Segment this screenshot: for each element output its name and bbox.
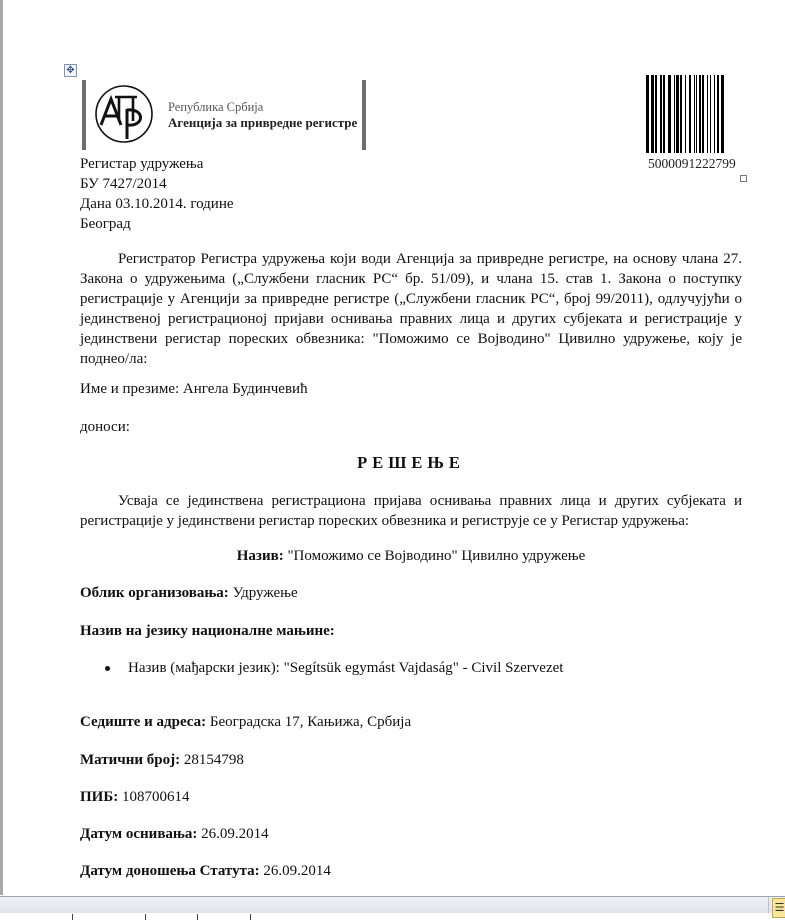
logo-bar-left bbox=[82, 80, 86, 150]
tick-mark bbox=[145, 914, 146, 920]
tick-mark bbox=[197, 914, 198, 920]
field-address: Седиште и адреса: Београдска 17, Кањижа,… bbox=[80, 712, 742, 732]
name-value: "Поможимо се Војводино" Цивилно удружење bbox=[287, 548, 585, 564]
field-founding-date: Датум оснивања: 26.09.2014 bbox=[80, 824, 742, 844]
reg-number-value: 28154798 bbox=[184, 752, 244, 768]
pib-label: ПИБ: bbox=[80, 789, 118, 805]
table-move-handle-icon[interactable]: ✥ bbox=[64, 64, 77, 77]
address-value: Београдска 17, Кањижа, Србија bbox=[210, 714, 411, 730]
address-label: Седиште и адреса: bbox=[80, 714, 206, 730]
reg-number-label: Матични број: bbox=[80, 752, 180, 768]
decision-paragraph: Усваја се јединствена регистрациона приј… bbox=[80, 491, 742, 531]
applicant-line: Име и презиме: Ангела Будинчевић bbox=[80, 379, 742, 399]
decision-title: РЕШЕЊЕ bbox=[80, 453, 742, 473]
decision-date: Дана 03.10.2014. године bbox=[80, 194, 742, 214]
document-page[interactable]: ✥ Република Србија Агенција за привредне… bbox=[3, 0, 785, 895]
applicant-name: Ангела Будинчевић bbox=[183, 381, 308, 397]
field-pib: ПИБ: 108700614 bbox=[80, 787, 742, 807]
logo-agency: Агенција за привредне регистре bbox=[168, 115, 357, 131]
pib-value: 108700614 bbox=[122, 789, 190, 805]
list-item: Назив (мађарски језик): "Segítsük egymás… bbox=[80, 658, 748, 678]
applicant-label: Име и презиме: bbox=[80, 381, 179, 397]
org-form-value: Удружење bbox=[233, 585, 298, 601]
status-bar-lower-strip bbox=[0, 913, 785, 920]
logo-bar-right bbox=[362, 80, 366, 150]
name-label: Назив: bbox=[237, 548, 284, 564]
minority-name-heading: Назив на језику националне мањине: bbox=[80, 623, 335, 639]
donosi-text: доноси: bbox=[80, 417, 742, 437]
field-org-form: Облик организовања: Удружење bbox=[80, 583, 742, 603]
tick-mark bbox=[250, 914, 251, 920]
logo-country: Република Србија bbox=[168, 99, 357, 115]
print-layout-view-button[interactable]: ☰ bbox=[772, 898, 785, 918]
statute-date-value: 26.09.2014 bbox=[263, 863, 331, 879]
association-name-line: Назив: "Поможимо се Војводино" Цивилно у… bbox=[80, 546, 742, 566]
field-statute-date: Датум доношења Статута: 26.09.2014 bbox=[80, 861, 742, 881]
org-form-label: Облик организовања: bbox=[80, 585, 229, 601]
founding-date-value: 26.09.2014 bbox=[201, 826, 269, 842]
field-reg-number: Матични број: 28154798 bbox=[80, 750, 742, 770]
apr-emblem-icon bbox=[93, 83, 155, 145]
field-minority-name-heading: Назив на језику националне мањине: bbox=[80, 621, 742, 641]
statute-date-label: Датум доношења Статута: bbox=[80, 863, 260, 879]
founding-date-label: Датум оснивања: bbox=[80, 826, 197, 842]
logo-text: Република Србија Агенција за привредне р… bbox=[168, 99, 357, 131]
minority-name-value: Назив (мађарски језик): "Segítsük egymás… bbox=[128, 660, 563, 676]
apr-logo: Република Србија Агенција за привредне р… bbox=[82, 80, 366, 150]
register-name: Регистар удружења bbox=[80, 154, 742, 174]
document-header: Регистар удружења БУ 7427/2014 Дана 03.1… bbox=[80, 154, 742, 234]
case-number: БУ 7427/2014 bbox=[80, 174, 742, 194]
bullet-icon bbox=[105, 666, 110, 671]
intro-paragraph: Регистратор Регистра удружења који води … bbox=[80, 249, 742, 369]
barcode-icon bbox=[646, 75, 744, 153]
city: Београд bbox=[80, 214, 742, 234]
tick-mark bbox=[72, 914, 73, 920]
